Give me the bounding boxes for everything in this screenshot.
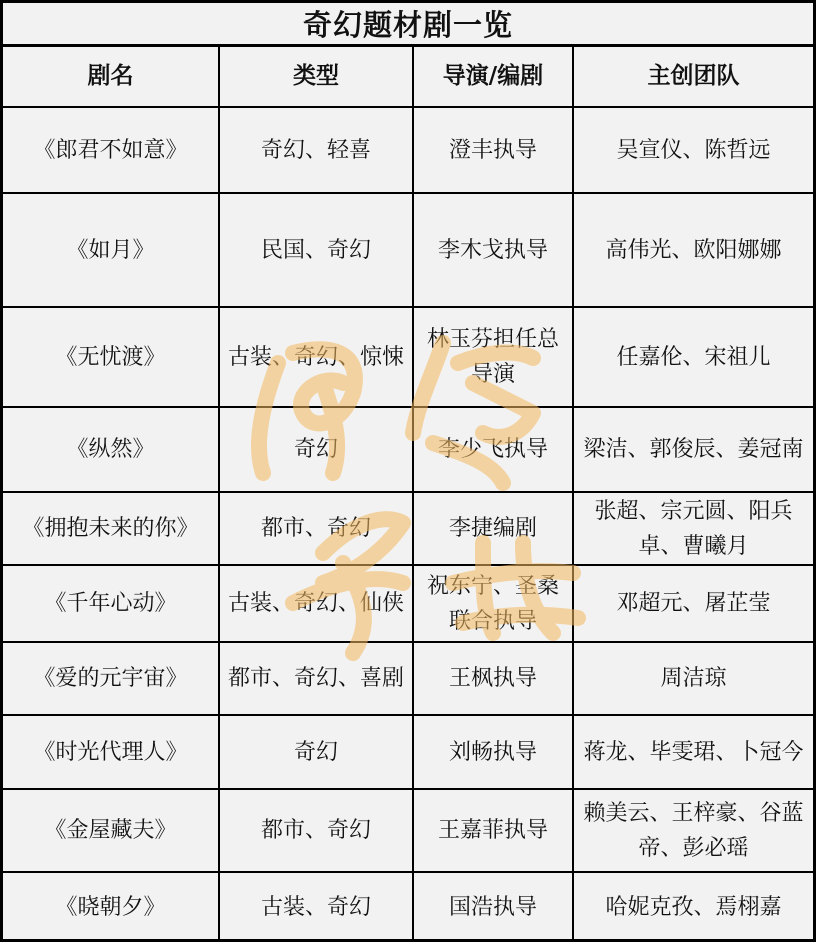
cell-director: 李捷编剧 bbox=[413, 492, 573, 565]
table-row: 《爱的元宇宙》 都市、奇幻、喜剧 王枫执导 周洁琼 bbox=[3, 642, 813, 715]
table-row: 《千年心动》 古装、奇幻、仙侠 祝东宁、圣桑联合执导 邓超元、屠芷莹 bbox=[3, 565, 813, 642]
cell-cast: 蒋龙、毕雯珺、卜冠今 bbox=[573, 715, 813, 789]
cell-genre: 都市、奇幻、喜剧 bbox=[219, 642, 413, 715]
drama-table: 剧名 类型 导演/编剧 主创团队 《郎君不如意》 奇幻、轻喜 澄丰执导 吴宣仪、… bbox=[3, 47, 813, 942]
cell-cast: 高伟光、欧阳娜娜 bbox=[573, 193, 813, 307]
cell-name: 《晓朝夕》 bbox=[3, 872, 219, 942]
table-row: 《时光代理人》 奇幻 刘畅执导 蒋龙、毕雯珺、卜冠今 bbox=[3, 715, 813, 789]
table-row: 《无忧渡》 古装、奇幻、惊悚 林玉芬担任总导演 任嘉伦、宋祖儿 bbox=[3, 307, 813, 407]
cell-cast: 张超、宗元圆、阳兵卓、曹曦月 bbox=[573, 492, 813, 565]
col-header-cast: 主创团队 bbox=[573, 47, 813, 107]
cell-name: 《无忧渡》 bbox=[3, 307, 219, 407]
cell-genre: 都市、奇幻 bbox=[219, 492, 413, 565]
cell-name: 《金屋藏夫》 bbox=[3, 789, 219, 872]
col-header-director: 导演/编剧 bbox=[413, 47, 573, 107]
cell-genre: 民国、奇幻 bbox=[219, 193, 413, 307]
cell-cast: 吴宣仪、陈哲远 bbox=[573, 107, 813, 193]
table-row: 《金屋藏夫》 都市、奇幻 王嘉菲执导 赖美云、王梓豪、谷蓝帝、彭必瑶 bbox=[3, 789, 813, 872]
cell-director: 祝东宁、圣桑联合执导 bbox=[413, 565, 573, 642]
cell-cast: 邓超元、屠芷莹 bbox=[573, 565, 813, 642]
cell-cast: 赖美云、王梓豪、谷蓝帝、彭必瑶 bbox=[573, 789, 813, 872]
cell-name: 《千年心动》 bbox=[3, 565, 219, 642]
cell-name: 《纵然》 bbox=[3, 407, 219, 492]
cell-director: 李木戈执导 bbox=[413, 193, 573, 307]
table-row: 《纵然》 奇幻 李少飞执导 梁洁、郭俊辰、姜冠南 bbox=[3, 407, 813, 492]
table-row: 《郎君不如意》 奇幻、轻喜 澄丰执导 吴宣仪、陈哲远 bbox=[3, 107, 813, 193]
header-row: 剧名 类型 导演/编剧 主创团队 bbox=[3, 47, 813, 107]
cell-genre: 奇幻 bbox=[219, 407, 413, 492]
cell-name: 《拥抱未来的你》 bbox=[3, 492, 219, 565]
cell-cast: 哈妮克孜、焉栩嘉 bbox=[573, 872, 813, 942]
cell-director: 澄丰执导 bbox=[413, 107, 573, 193]
cell-director: 王嘉菲执导 bbox=[413, 789, 573, 872]
cell-director: 王枫执导 bbox=[413, 642, 573, 715]
col-header-genre: 类型 bbox=[219, 47, 413, 107]
col-header-name: 剧名 bbox=[3, 47, 219, 107]
table-row: 《拥抱未来的你》 都市、奇幻 李捷编剧 张超、宗元圆、阳兵卓、曹曦月 bbox=[3, 492, 813, 565]
cell-genre: 奇幻、轻喜 bbox=[219, 107, 413, 193]
drama-list-sheet: 奇幻题材剧一览 剧名 类型 导演/编剧 主创团队 《郎君不如意》 奇幻、轻喜 澄… bbox=[0, 0, 816, 942]
cell-cast: 任嘉伦、宋祖儿 bbox=[573, 307, 813, 407]
cell-name: 《郎君不如意》 bbox=[3, 107, 219, 193]
cell-genre: 古装、奇幻、仙侠 bbox=[219, 565, 413, 642]
cell-genre: 奇幻 bbox=[219, 715, 413, 789]
table-row: 《如月》 民国、奇幻 李木戈执导 高伟光、欧阳娜娜 bbox=[3, 193, 813, 307]
cell-cast: 梁洁、郭俊辰、姜冠南 bbox=[573, 407, 813, 492]
cell-genre: 古装、奇幻 bbox=[219, 872, 413, 942]
table-row: 《晓朝夕》 古装、奇幻 国浩执导 哈妮克孜、焉栩嘉 bbox=[3, 872, 813, 942]
cell-genre: 都市、奇幻 bbox=[219, 789, 413, 872]
cell-director: 刘畅执导 bbox=[413, 715, 573, 789]
cell-name: 《如月》 bbox=[3, 193, 219, 307]
cell-name: 《时光代理人》 bbox=[3, 715, 219, 789]
cell-director: 林玉芬担任总导演 bbox=[413, 307, 573, 407]
table-title: 奇幻题材剧一览 bbox=[3, 3, 813, 47]
cell-name: 《爱的元宇宙》 bbox=[3, 642, 219, 715]
cell-director: 李少飞执导 bbox=[413, 407, 573, 492]
cell-genre: 古装、奇幻、惊悚 bbox=[219, 307, 413, 407]
cell-director: 国浩执导 bbox=[413, 872, 573, 942]
cell-cast: 周洁琼 bbox=[573, 642, 813, 715]
